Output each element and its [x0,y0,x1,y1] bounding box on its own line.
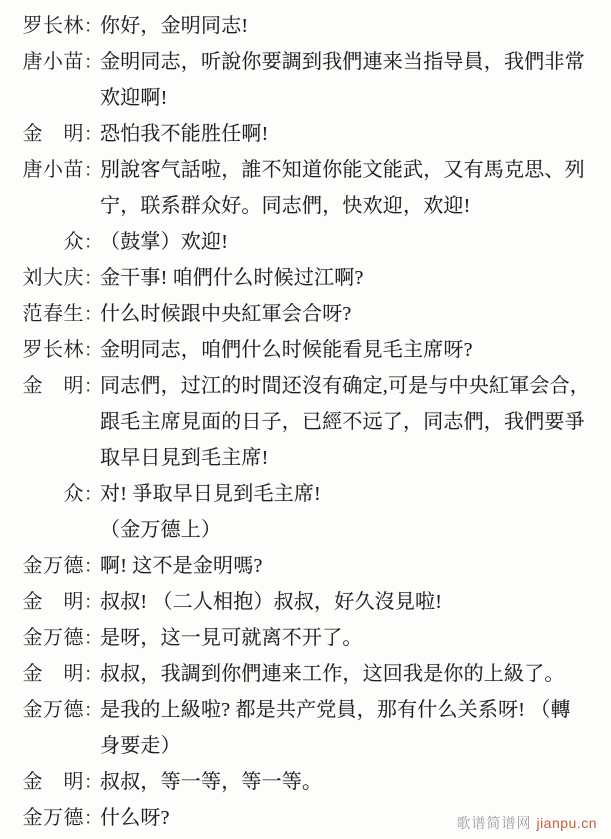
dialogue-row: 金 明：同志們，过江的时間还沒有确定,可是与中央紅軍会合，跟毛主席見面的日子，已… [16,368,603,476]
dialogue-row: 罗长林：你好，金明同志! [16,8,603,44]
dialogue-text: 金明同志，咱們什么时候能看見毛主席呀? [100,332,603,368]
speaker-colon: ： [84,260,100,296]
speaker-colon: ： [84,8,100,44]
speaker-name: 罗长林 [16,8,84,44]
speaker-colon: ： [84,548,100,584]
dialogue-row: 唐小苗：金明同志，听說你要調到我們連来当指导員，我們非常欢迎啊! [16,44,603,116]
dialogue-text: 啊! 这不是金明嗎? [100,548,603,584]
dialogue-line: 取早日見到毛主席! [100,440,603,476]
dialogue-line: 欢迎啊! [100,80,603,116]
dialogue-line: 你好，金明同志! [100,8,603,44]
dialogue-text: 同志們，过江的时間还沒有确定,可是与中央紅軍会合，跟毛主席見面的日子，已經不远了… [100,368,603,476]
dialogue-text: 金明同志，听說你要調到我們連来当指导員，我們非常欢迎啊! [100,44,603,116]
speaker-name: 金 明 [16,116,84,152]
dialogue-row: 金万德：啊! 这不是金明嗎? [16,548,603,584]
dialogue-line: （金万德上） [100,512,603,548]
dialogue-line: 啊! 这不是金明嗎? [100,548,603,584]
dialogue-text: 你好，金明同志! [100,8,603,44]
dialogue-text: 金干事! 咱們什么时候过江啊? [100,260,603,296]
speaker-colon: ： [84,692,100,728]
dialogue-row: 唐小苗：別說客气話啦，誰不知道你能文能武，又有馬克思、列宁，联系群众好。同志們，… [16,152,603,224]
speaker-name: 刘大庆 [16,260,84,296]
dialogue-line: 同志們，过江的时間还沒有确定,可是与中央紅軍会合， [100,368,603,404]
dialogue-list: 罗长林：你好，金明同志!唐小苗：金明同志，听說你要調到我們連来当指导員，我們非常… [16,8,603,836]
dialogue-line: 什么时候跟中央紅軍会合呀? [100,296,603,332]
speaker-name: 金万德 [16,548,84,584]
speaker-name: 金 明 [16,656,84,692]
dialogue-line: 金明同志，听說你要調到我們連来当指导員，我們非常 [100,44,603,80]
speaker-name: 众 [16,476,84,512]
speaker-colon: ： [84,476,100,512]
dialogue-text: 恐怕我不能胜任啊! [100,116,603,152]
dialogue-line: 身要走） [100,728,603,764]
speaker-name: 金万德 [16,800,84,836]
dialogue-row: 金 明：恐怕我不能胜任啊! [16,116,603,152]
dialogue-text: （鼓掌）欢迎! [100,224,603,260]
speaker-colon: ： [84,656,100,692]
speaker-colon: ： [84,584,100,620]
speaker-colon: ： [84,764,100,800]
dialogue-text: 叔叔，我調到你們連来工作，这回我是你的上級了。 [100,656,603,692]
dialogue-line: 叔叔! （二人相抱）叔叔，好久沒見啦! [100,584,603,620]
speaker-name: 范春生 [16,296,84,332]
dialogue-row: 众：（鼓掌）欢迎! [16,224,603,260]
speaker-colon: ： [84,296,100,332]
speaker-name: 罗长林 [16,332,84,368]
dialogue-line: 別說客气話啦，誰不知道你能文能武，又有馬克思、列 [100,152,603,188]
speaker-name: 金 明 [16,368,84,404]
dialogue-line: 跟毛主席見面的日子，已經不远了，同志們，我們要爭 [100,404,603,440]
dialogue-text: 別說客气話啦，誰不知道你能文能武，又有馬克思、列宁，联系群众好。同志們，快欢迎，… [100,152,603,224]
dialogue-text: 叔叔! （二人相抱）叔叔，好久沒見啦! [100,584,603,620]
dialogue-text: 叔叔，等一等，等一等。 [100,764,603,800]
speaker-colon: ： [84,116,100,152]
dialogue-row: 金万德：是呀，这一見可就离不开了。 [16,620,603,656]
dialogue-line: （鼓掌）欢迎! [100,224,603,260]
dialogue-line: 宁，联系群众好。同志們，快欢迎，欢迎! [100,188,603,224]
watermark: 歌谱简谱网jianpu.cn [456,813,597,833]
dialogue-text: 对! 爭取早日見到毛主席!（金万德上） [100,476,603,548]
dialogue-row: 范春生：什么时候跟中央紅軍会合呀? [16,296,603,332]
dialogue-row: 众：对! 爭取早日見到毛主席!（金万德上） [16,476,603,548]
watermark-site-name: 歌谱简谱网 [456,815,531,831]
speaker-name: 金万德 [16,692,84,728]
dialogue-line: 恐怕我不能胜任啊! [100,116,603,152]
dialogue-row: 金 明：叔叔，我調到你們連来工作，这回我是你的上級了。 [16,656,603,692]
watermark-site-url: jianpu.cn [536,815,597,831]
speaker-name: 金 明 [16,584,84,620]
dialogue-line: 叔叔，等一等，等一等。 [100,764,603,800]
speaker-name: 唐小苗 [16,152,84,188]
dialogue-line: 金干事! 咱們什么时候过江啊? [100,260,603,296]
dialogue-text: 什么时候跟中央紅軍会合呀? [100,296,603,332]
dialogue-line: 叔叔，我調到你們連来工作，这回我是你的上級了。 [100,656,603,692]
speaker-name: 众 [16,224,84,260]
speaker-colon: ： [84,152,100,188]
speaker-name: 唐小苗 [16,44,84,80]
speaker-colon: ： [84,620,100,656]
dialogue-line: 是我的上級啦? 都是共产党員，那有什么关系呀! （轉 [100,692,603,728]
speaker-colon: ： [84,800,100,836]
dialogue-text: 是呀，这一見可就离不开了。 [100,620,603,656]
speaker-name: 金万德 [16,620,84,656]
speaker-name: 金 明 [16,764,84,800]
dialogue-row: 金 明：叔叔，等一等，等一等。 [16,764,603,800]
dialogue-row: 金万德：是我的上級啦? 都是共产党員，那有什么关系呀! （轉身要走） [16,692,603,764]
speaker-colon: ： [84,224,100,260]
dialogue-row: 罗长林：金明同志，咱們什么时候能看見毛主席呀? [16,332,603,368]
dialogue-line: 是呀，这一見可就离不开了。 [100,620,603,656]
dialogue-row: 金 明：叔叔! （二人相抱）叔叔，好久沒見啦! [16,584,603,620]
dialogue-line: 对! 爭取早日見到毛主席! [100,476,603,512]
speaker-colon: ： [84,44,100,80]
script-page: 罗长林：你好，金明同志!唐小苗：金明同志，听說你要調到我們連来当指导員，我們非常… [0,0,611,839]
dialogue-row: 刘大庆：金干事! 咱們什么时候过江啊? [16,260,603,296]
dialogue-line: 金明同志，咱們什么时候能看見毛主席呀? [100,332,603,368]
speaker-colon: ： [84,368,100,404]
speaker-colon: ： [84,332,100,368]
dialogue-text: 是我的上級啦? 都是共产党員，那有什么关系呀! （轉身要走） [100,692,603,764]
